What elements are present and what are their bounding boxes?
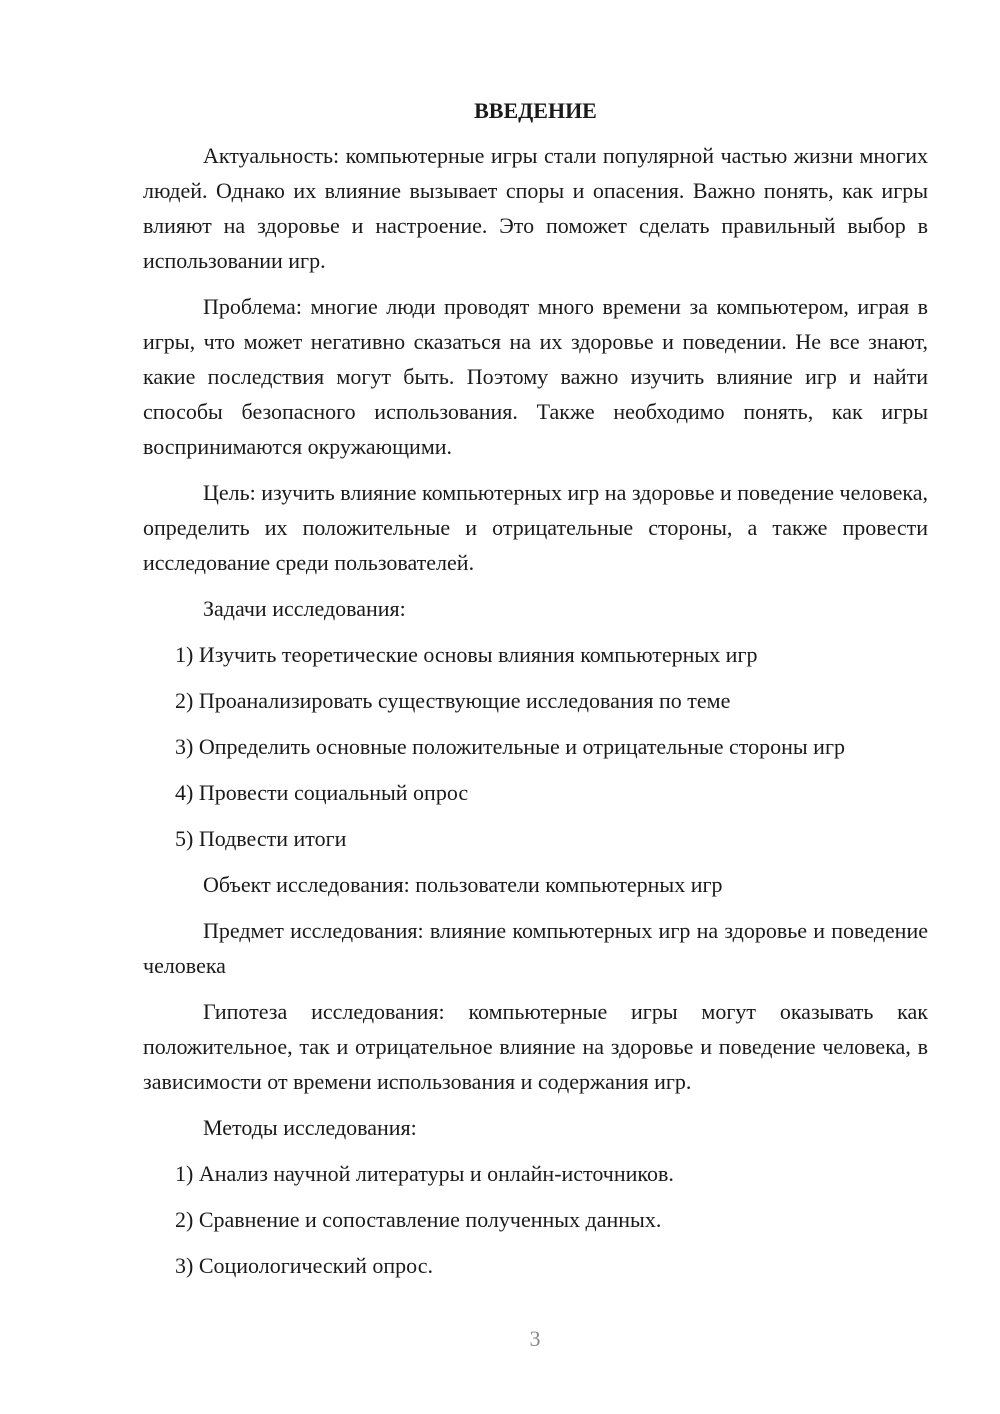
page-number: 3: [70, 1326, 1000, 1352]
problem-paragraph: Проблема: многие люди проводят много вре…: [143, 289, 928, 464]
task-item-2: 2) Проанализировать существующие исследо…: [143, 683, 928, 718]
document-page: ВВЕДЕНИЕ Актуальность: компьютерные игры…: [143, 94, 928, 1294]
subject-paragraph: Предмет исследования: влияние компьютерн…: [143, 913, 928, 983]
hypothesis-paragraph: Гипотеза исследования: компьютерные игры…: [143, 994, 928, 1099]
method-item-3: 3) Социологический опрос.: [143, 1248, 928, 1283]
object-paragraph: Объект исследования: пользователи компью…: [143, 867, 928, 902]
methods-heading: Методы исследования:: [143, 1110, 928, 1145]
task-item-5: 5) Подвести итоги: [143, 821, 928, 856]
relevance-paragraph: Актуальность: компьютерные игры стали по…: [143, 138, 928, 278]
method-item-2: 2) Сравнение и сопоставление полученных …: [143, 1202, 928, 1237]
task-item-1: 1) Изучить теоретические основы влияния …: [143, 637, 928, 672]
tasks-heading: Задачи исследования:: [143, 591, 928, 626]
method-item-1: 1) Анализ научной литературы и онлайн-ис…: [143, 1156, 928, 1191]
task-item-3: 3) Определить основные положительные и о…: [143, 729, 928, 764]
task-item-4: 4) Провести социальный опрос: [143, 775, 928, 810]
section-title: ВВЕДЕНИЕ: [143, 94, 928, 128]
goal-paragraph: Цель: изучить влияние компьютерных игр н…: [143, 475, 928, 580]
